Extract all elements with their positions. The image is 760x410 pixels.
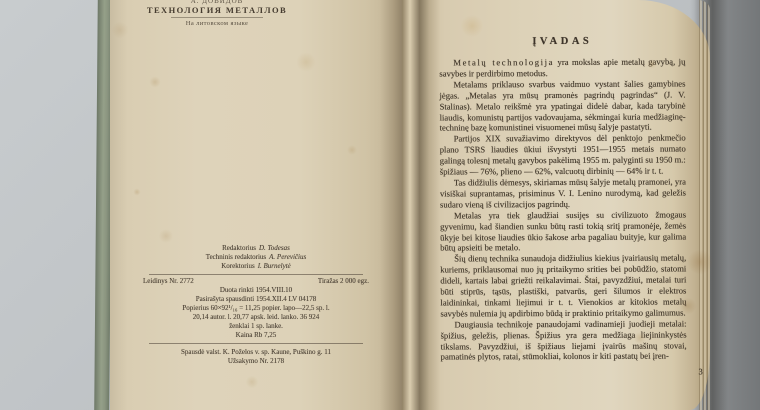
imprint-editor-line: RedaktoriusD. Todesas [136, 244, 376, 253]
body-paragraph: Metalams priklauso svarbus vaidmuo vysta… [439, 78, 685, 134]
language-note: На литовском языке [126, 20, 308, 28]
editor-role: Techninis redaktorius [206, 253, 266, 261]
open-book: А. ДОВИДОВ ТЕХНОЛОГИЯ МЕТАЛЛОВ На литовс… [96, 0, 710, 410]
imprint-block: RedaktoriusD. Todesas Techninis redaktor… [136, 244, 376, 366]
russian-author-line: А. ДОВИДОВ [126, 0, 308, 5]
chapter-text: ĮVADAS Metalų technologija yra mokslas a… [439, 35, 686, 377]
page-edge-lines [698, 0, 710, 410]
body-paragraph: Šių dienų technika sunaudoja didžiulius … [440, 253, 686, 320]
russian-title-line: ТЕХНОЛОГИЯ МЕТАЛЛОВ [126, 5, 308, 16]
imprint-editor-line: Techninis redaktoriusA. Perevičius [136, 253, 376, 262]
intro-lead: Metalų technologija [453, 57, 554, 67]
book-gutter [380, 0, 440, 410]
left-page: А. ДОВИДОВ ТЕХНОЛОГИЯ МЕТАЛЛОВ На литовс… [110, 0, 402, 410]
imprint-line: 20,14 autor. l. 20,77 apsk. leid. lanko.… [136, 313, 376, 322]
title-rule [171, 17, 263, 18]
imprint-line: Popierius 60×92¹/₁₆ = 11,25 popier. lapo… [136, 304, 376, 313]
intro-paragraph: Metalų technologija yra mokslas apie met… [439, 56, 685, 79]
imprint-line: ženklai 1 sp. lanke. [136, 322, 376, 331]
body-paragraph: Daugiausia technikoje panaudojami vadina… [440, 318, 686, 363]
body-paragraph: Tas didžiulis dėmesys, skiriamas mūsų ša… [440, 176, 686, 210]
printer-line: Spausdė valst. K. Poželos v. sp. Kaune, … [136, 348, 376, 357]
photo-scene: А. ДОВИДОВ ТЕХНОЛОГИЯ МЕТАЛЛОВ На литовс… [0, 0, 760, 410]
page-number: 3 [441, 367, 703, 378]
editor-role: Korektorius [221, 262, 254, 270]
imprint-line: Duota rinkti 1954.VIII.10 [136, 286, 376, 295]
imprint-line: Pasirašyta spausdinti 1954.XII.4 LV 0417… [136, 295, 376, 304]
russian-header: А. ДОВИДОВ ТЕХНОЛОГИЯ МЕТАЛЛОВ На литовс… [126, 0, 308, 28]
order-line: Užsakymo Nr. 2178 [136, 357, 376, 366]
print-run: Tiražas 2 000 egz. [318, 277, 369, 286]
editor-role: Redaktorius [222, 244, 256, 252]
imprint-editor-line: KorektoriusI. Burnelytė [136, 262, 376, 271]
printer-rule [149, 343, 363, 344]
edition-number: Leidinys Nr. 2772 [143, 277, 194, 286]
right-page: ĮVADAS Metalų technologija yra mokslas a… [402, 0, 710, 410]
body-paragraph: Partijos XIX suvažiavimo direktyvos dėl … [440, 133, 686, 178]
imprint-rule [149, 274, 363, 275]
editor-name: A. Perevičius [269, 253, 306, 261]
editor-name: I. Burnelytė [258, 262, 291, 270]
editor-name: D. Todesas [259, 244, 290, 252]
imprint-line: Kaina Rb 7,25 [136, 331, 376, 340]
chapter-title: ĮVADAS [439, 35, 685, 47]
body-paragraph: Metalas yra tiek glaudžiai susijęs su ci… [440, 209, 686, 254]
edition-row: Leidinys Nr. 2772 Tiražas 2 000 egz. [136, 277, 376, 286]
